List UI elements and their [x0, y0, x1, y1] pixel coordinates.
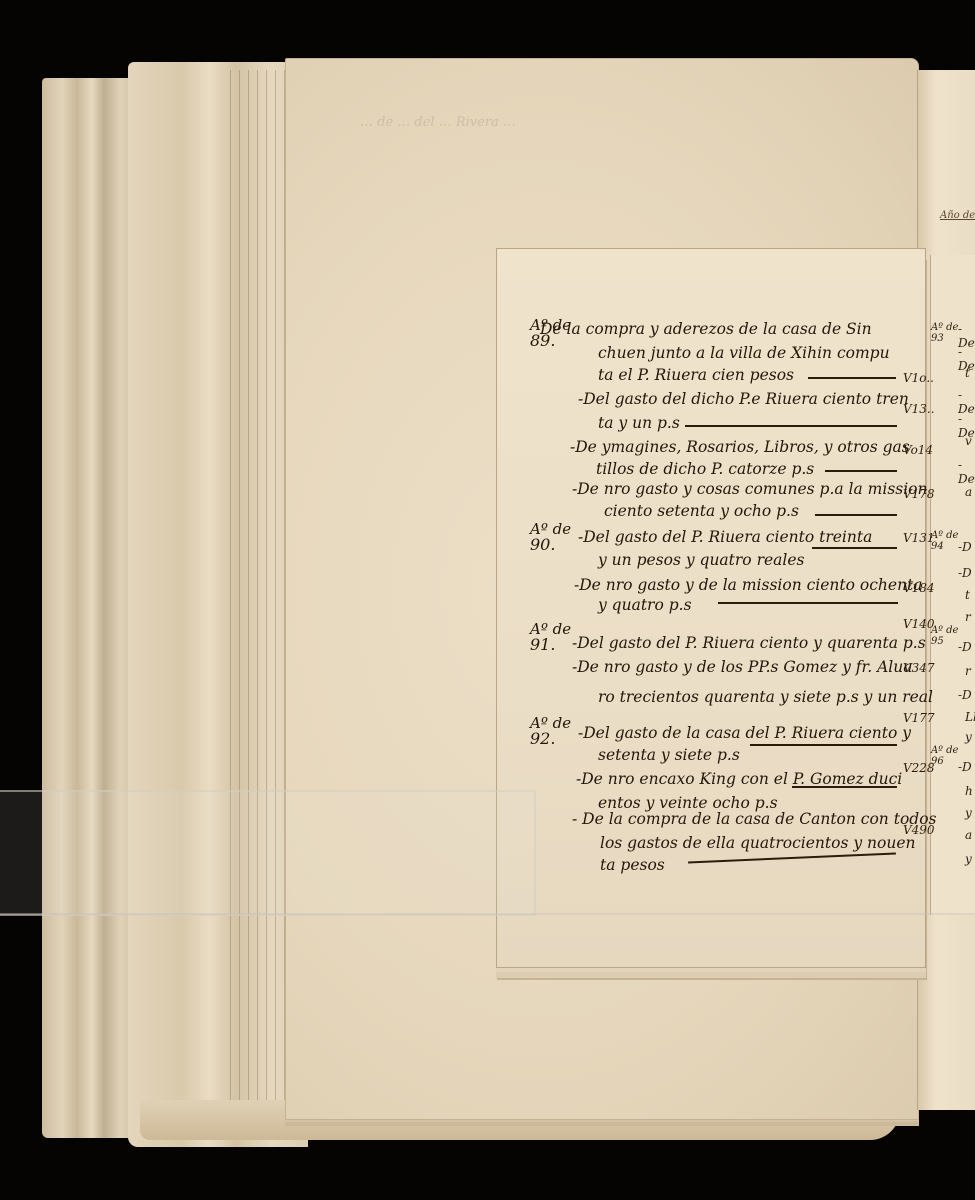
line-start: t [965, 588, 970, 602]
ledger-line: chuen junto a la villa de Xihin compu [598, 346, 890, 362]
ledger-line: -De nro gasto y de los PP.s Gomez y fr. … [572, 660, 912, 676]
line-start: r [965, 610, 971, 624]
ledger-line: y un pesos y quatro reales [598, 553, 804, 569]
ledger-line: setenta y siete p.s [598, 748, 740, 764]
entry-total: V490 [903, 824, 935, 836]
year-label: Aº de91. [530, 622, 571, 653]
ledger-line: ta el P. Riuera cien pesos [598, 368, 794, 384]
ledger-line: -De nro gasto y de la mission ciento och… [574, 578, 923, 594]
line-start: -D [958, 760, 972, 774]
line-start: h [965, 784, 973, 798]
ledger-line: ro trecientos quarenta y siete p.s y un … [598, 690, 933, 706]
ledger-line: -Del gasto de la casa del P. Riuera cien… [578, 726, 911, 742]
line-start: -D [958, 540, 972, 554]
entry-total: V228 [903, 762, 935, 774]
entry-total: V1o.. [903, 372, 934, 384]
entry-total: V140 [903, 618, 935, 630]
ledger-line: - De la compra de la casa de Canton con … [572, 812, 937, 828]
year-label: Aº de92. [530, 716, 571, 747]
line-start: y [965, 852, 972, 866]
ledger-line: ciento setenta y ocho p.s [604, 504, 799, 520]
line-start: a [965, 828, 972, 842]
line-start: -De [958, 458, 975, 486]
line-start: a [965, 485, 972, 499]
left-page-stack [42, 78, 142, 1138]
line-start: -D [958, 688, 972, 702]
entry-total: V178 [903, 488, 935, 500]
entry-total: V177 [903, 712, 935, 724]
entry-total: V13.. [903, 403, 935, 415]
year-label: Aº de90. [530, 522, 571, 553]
transparent-page-holder-strip [0, 790, 536, 916]
line-start: t [965, 366, 970, 380]
year-label: Aº de95 [931, 625, 958, 647]
strip-edge [0, 913, 975, 915]
ledger-line: De la compra y aderezos de la casa de Si… [540, 322, 872, 338]
ledger-line: tillos de dicho P. catorze p.s [596, 462, 814, 478]
line-start: -D [958, 640, 972, 654]
bleed-through-text: … de … del … Rivera … [360, 115, 516, 130]
entry-total: V131 [903, 532, 935, 544]
line-start: y [965, 730, 972, 744]
entry-total: Vo14 [903, 444, 933, 456]
year-label: Aº de93 [931, 322, 958, 344]
right-page-heading: Año de 8… [940, 210, 975, 221]
ledger-line: -Del gasto del dicho P.e Riuera ciento t… [578, 392, 909, 408]
line-start: y [965, 806, 972, 820]
ledger-line: los gastos de ella quatrocientos y nouen [600, 836, 916, 852]
entry-total: V347 [903, 662, 935, 674]
ledger-line: -De nro gasto y cosas comunes p.a la mis… [572, 482, 928, 498]
ledger-line: y quatro p.s [598, 598, 692, 614]
year-label: Aº de94 [931, 530, 958, 552]
line-start: v [965, 434, 972, 448]
year-label: Aº de96 [931, 745, 958, 767]
ledger-line: ta pesos [600, 858, 665, 874]
entry-total: V184 [903, 582, 935, 594]
line-start: r [965, 664, 971, 678]
line-start: Ll [965, 710, 975, 724]
ledger-line: -Del gasto del P. Riuera ciento treinta [578, 530, 872, 546]
ledger-line: -Del gasto del P. Riuera ciento y quaren… [572, 636, 926, 652]
ledger-line: ta y un p.s [598, 416, 680, 432]
line-start: -D [958, 566, 972, 580]
ledger-line: -De ymagines, Rosarios, Libros, y otros … [570, 440, 910, 456]
